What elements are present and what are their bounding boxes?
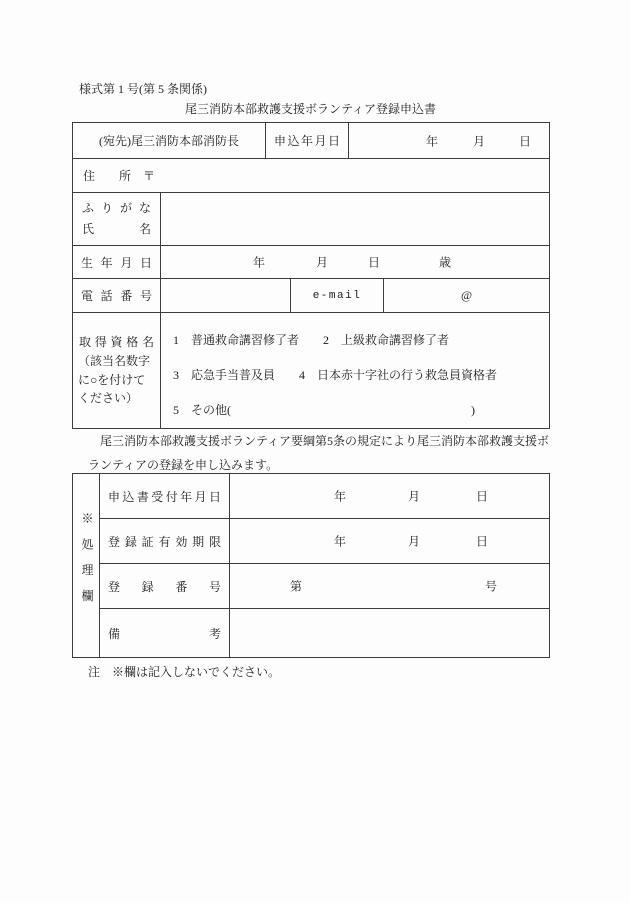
phone-label: 電話番号 (81, 287, 152, 304)
at-sign: @ (461, 288, 472, 302)
expiry-date-label: 登録証有効期限 (108, 533, 221, 550)
qualification-label-cell: 取得資格名 （該当名数字 に○を付けて ください） (73, 313, 161, 429)
phone-label-cell: 電話番号 (73, 279, 161, 313)
name-label-cell: ふりがな 氏名 (73, 193, 161, 246)
year-unit: 年 (253, 254, 265, 271)
form-number: 様式第 1 号(第 5 条関係) (79, 80, 207, 97)
birth-date-cell: 年 月 日 歳 (161, 246, 550, 279)
qualification-options-cell: 1 普通救命講習修了者 2 上級救命講習修了者 3 応急手当普及員 4 日本赤十… (161, 313, 550, 429)
remarks-cell (230, 609, 550, 658)
application-date-cell: 年 月 日 (349, 123, 550, 159)
year-unit: 年 (334, 533, 346, 550)
document-title: 尾三消防本部救護支援ボランティア登録申込書 (0, 100, 621, 117)
receipt-date-cell: 年 月 日 (230, 474, 550, 519)
applicant-table: (宛先)尾三消防本部消防長 申込年月日 年 月 日 住 所 〒 ふりがな 氏名 (72, 122, 550, 429)
furigana-label: ふりがな (82, 198, 151, 219)
qualification-label: 取得資格名 (79, 333, 154, 350)
expiry-date-cell: 年 月 日 (230, 519, 550, 564)
expiry-date-label-cell: 登録証有効期限 (100, 519, 230, 564)
office-use-side-label: ※処理欄 (73, 512, 100, 615)
registration-number-cell: 第 号 (230, 564, 550, 609)
office-use-table: ※処理欄 申込書受付年月日 年 月 日 登録証有効期限 年 月 日 登録番号 (72, 473, 550, 658)
qualification-option-row: 1 普通救命講習修了者 2 上級救命講習修了者 (161, 323, 549, 358)
age-unit: 歳 (439, 254, 451, 271)
name-label: 氏名 (82, 219, 151, 240)
remarks-label: 備考 (108, 625, 221, 642)
remarks-label-cell: 備考 (100, 609, 230, 658)
day-unit: 日 (476, 533, 488, 550)
qualification-note-line: に○を付けて (73, 371, 160, 390)
note-text: 注 ※欄は記入しないでください。 (88, 663, 280, 680)
phone-input-cell (161, 279, 291, 313)
declaration-line: 尾三消防本部救護支援ボランティア要綱第5条の規定により尾三消防本部救護支援ボ (88, 429, 578, 453)
email-label-cell: e-mail (291, 279, 384, 313)
addressee-cell: (宛先)尾三消防本部消防長 (73, 123, 266, 159)
qualification-note-line: ください） (73, 389, 160, 408)
qualification-note-line: （該当名数字 (73, 352, 160, 371)
email-domain-cell: @ (384, 279, 550, 313)
year-unit: 年 (334, 488, 346, 505)
registration-number-suffix: 号 (485, 578, 497, 595)
birth-label-cell: 生年月日 (73, 246, 161, 279)
office-use-side-cell: ※処理欄 (73, 474, 100, 658)
month-unit: 月 (316, 254, 328, 271)
registration-number-label-cell: 登録番号 (100, 564, 230, 609)
day-unit: 日 (476, 488, 488, 505)
receipt-date-label: 申込書受付年月日 (108, 488, 221, 505)
month-unit: 月 (408, 533, 420, 550)
qualification-option-row: 3 応急手当普及員 4 日本赤十字社の行う救急員資格者 (161, 358, 549, 393)
address-label: 住 所 〒 (83, 169, 155, 183)
address-cell: 住 所 〒 (73, 159, 550, 193)
receipt-date-label-cell: 申込書受付年月日 (100, 474, 230, 519)
document-page: 様式第 1 号(第 5 条関係) 尾三消防本部救護支援ボランティア登録申込書 (… (0, 0, 630, 903)
birth-label: 生年月日 (81, 254, 152, 271)
day-unit: 日 (368, 254, 380, 271)
name-input-cell (161, 193, 550, 246)
registration-number-label: 登録番号 (108, 578, 221, 595)
qualification-option-row: 5 その他( ) (161, 393, 549, 428)
declaration-text: 尾三消防本部救護支援ボランティア要綱第5条の規定により尾三消防本部救護支援ボ ラ… (88, 429, 578, 477)
day-unit: 日 (519, 132, 531, 149)
application-date-label-cell: 申込年月日 (266, 123, 349, 159)
application-date-label: 申込年月日 (274, 132, 340, 149)
month-unit: 月 (408, 488, 420, 505)
registration-number-prefix: 第 (290, 578, 302, 595)
year-unit: 年 (426, 132, 438, 149)
month-unit: 月 (473, 132, 485, 149)
